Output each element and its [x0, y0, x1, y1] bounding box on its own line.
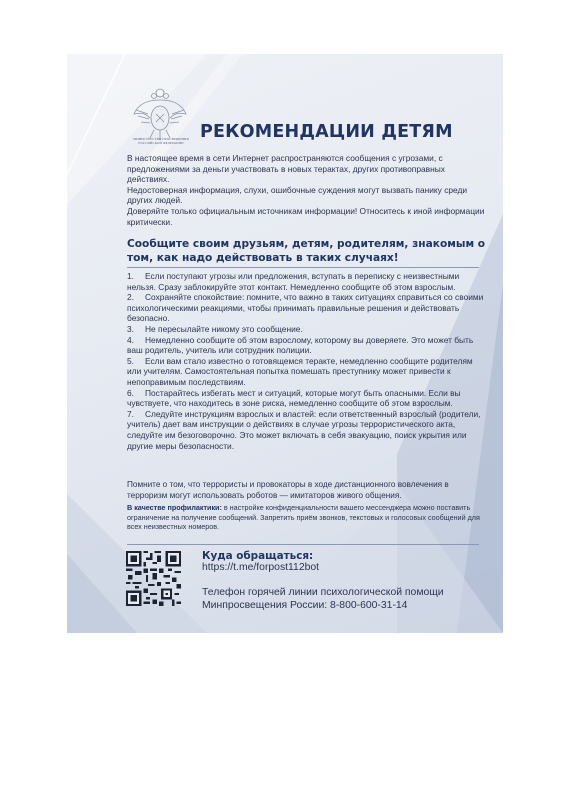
- list-item: 1.Если поступают угрозы или предложения,…: [127, 271, 487, 292]
- telegram-bot-link[interactable]: https://t.me/forpost112bot: [202, 562, 319, 573]
- item-number: 4.: [127, 335, 145, 346]
- hotline-line2: Минпросвещения России: 8-800-600-31-14: [202, 599, 492, 612]
- page-title: РЕКОМЕНДАЦИИ ДЕТЯМ: [200, 122, 453, 142]
- divider: [127, 544, 479, 545]
- intro-paragraph: Недостоверная информация, слухи, ошибочн…: [127, 185, 487, 206]
- intro-text: В настоящее время в сети Интернет распро…: [127, 153, 487, 227]
- logo-caption: МИНИСТЕРСТВО ПРОСВЕЩЕНИЯ РОССИЙСКОЙ ФЕДЕ…: [121, 137, 201, 145]
- list-item: 3.Не пересылайте никому это сообщение.: [127, 324, 487, 335]
- item-number: 5.: [127, 356, 145, 367]
- list-item: 6.Постарайтесь избегать мест и ситуаций,…: [127, 388, 487, 409]
- item-text: Постарайтесь избегать мест и ситуаций, к…: [127, 388, 461, 409]
- item-number: 2.: [127, 292, 145, 303]
- item-text: Немедленно сообщите об этом взрослому, к…: [127, 335, 473, 356]
- list-item: 2.Сохраняйте спокойствие: помните, что в…: [127, 292, 487, 324]
- item-number: 3.: [127, 324, 145, 335]
- hotline-line1: Телефон горячей линии психологической по…: [202, 586, 492, 599]
- hotline-info: Телефон горячей линии психологической по…: [202, 586, 492, 612]
- intro-paragraph: Доверяйте только официальным источникам …: [127, 206, 487, 227]
- call-to-action-heading: Сообщите своим друзьям, детям, родителям…: [127, 237, 487, 265]
- item-number: 6.: [127, 388, 145, 399]
- list-item: 7.Следуйте инструкциям взрослых и власте…: [127, 409, 487, 451]
- item-number: 7.: [127, 409, 145, 420]
- item-text: Сохраняйте спокойствие: помните, что важ…: [127, 292, 483, 323]
- item-text: Следуйте инструкциям взрослых и властей:…: [127, 409, 481, 451]
- item-text: Не пересылайте никому это сообщение.: [145, 324, 303, 334]
- logo-caption-line2: РОССИЙСКОЙ ФЕДЕРАЦИИ: [121, 141, 201, 145]
- divider: [127, 267, 479, 268]
- list-item: 4.Немедленно сообщите об этом взрослому,…: [127, 335, 487, 356]
- qr-code-icon[interactable]: [126, 551, 181, 606]
- item-number: 1.: [127, 271, 145, 282]
- reminder-text: Помните о том, что террористы и провокат…: [127, 480, 487, 502]
- eagle-emblem-icon: [132, 84, 188, 144]
- prevention-text: В качестве профилактики: в настройке кон…: [127, 503, 487, 532]
- contact-heading: Куда обращаться:: [202, 550, 313, 562]
- prevention-label: В качестве профилактики:: [127, 503, 222, 512]
- list-item: 5.Если вам стало известно о готовящемся …: [127, 356, 487, 388]
- item-text: Если поступают угрозы или предложения, в…: [127, 271, 459, 292]
- leaflet-page: МИНИСТЕРСТВО ПРОСВЕЩЕНИЯ РОССИЙСКОЙ ФЕДЕ…: [67, 54, 503, 633]
- item-text: Если вам стало известно о готовящемся те…: [127, 356, 473, 387]
- recommendations-list: 1.Если поступают угрозы или предложения,…: [127, 271, 487, 451]
- intro-paragraph: В настоящее время в сети Интернет распро…: [127, 153, 487, 185]
